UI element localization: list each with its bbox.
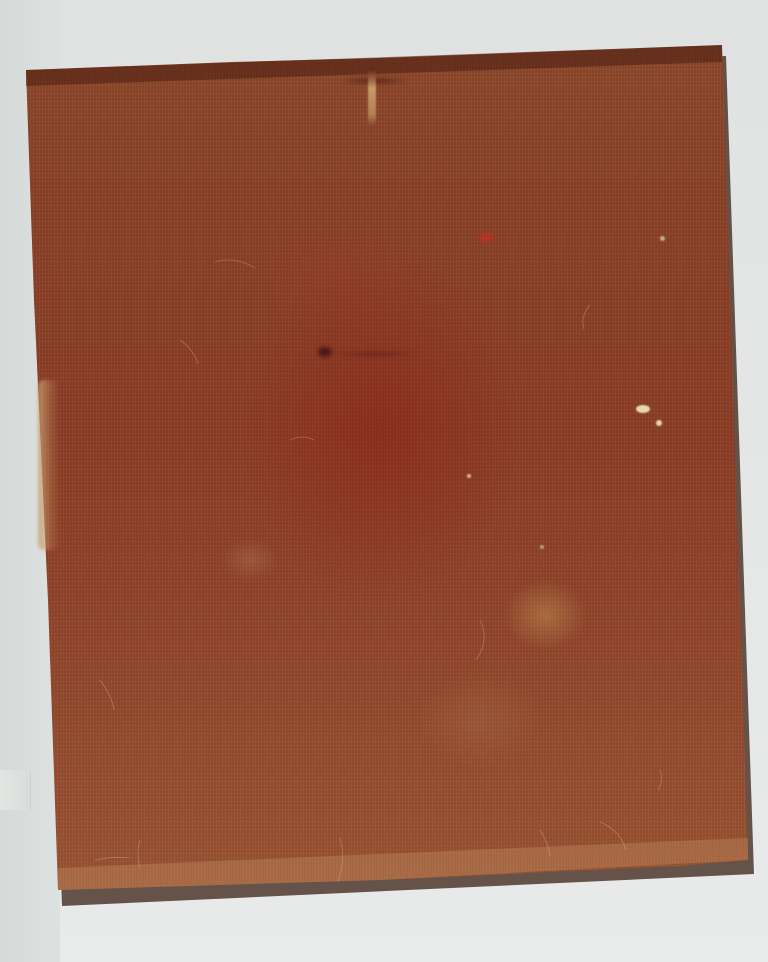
velvet-book-cover	[0, 0, 768, 962]
light-fleck	[660, 236, 665, 241]
dark-stain-streak	[330, 350, 420, 358]
light-fleck	[467, 474, 471, 478]
worn-left-spine-edge	[38, 380, 60, 550]
dark-stain	[318, 347, 332, 357]
red-fleck	[476, 232, 496, 244]
light-fleck	[540, 545, 544, 549]
background-object-edge	[0, 770, 31, 810]
light-fleck	[636, 405, 650, 413]
light-fleck	[656, 420, 662, 426]
stitched-cross-mark	[368, 68, 376, 126]
